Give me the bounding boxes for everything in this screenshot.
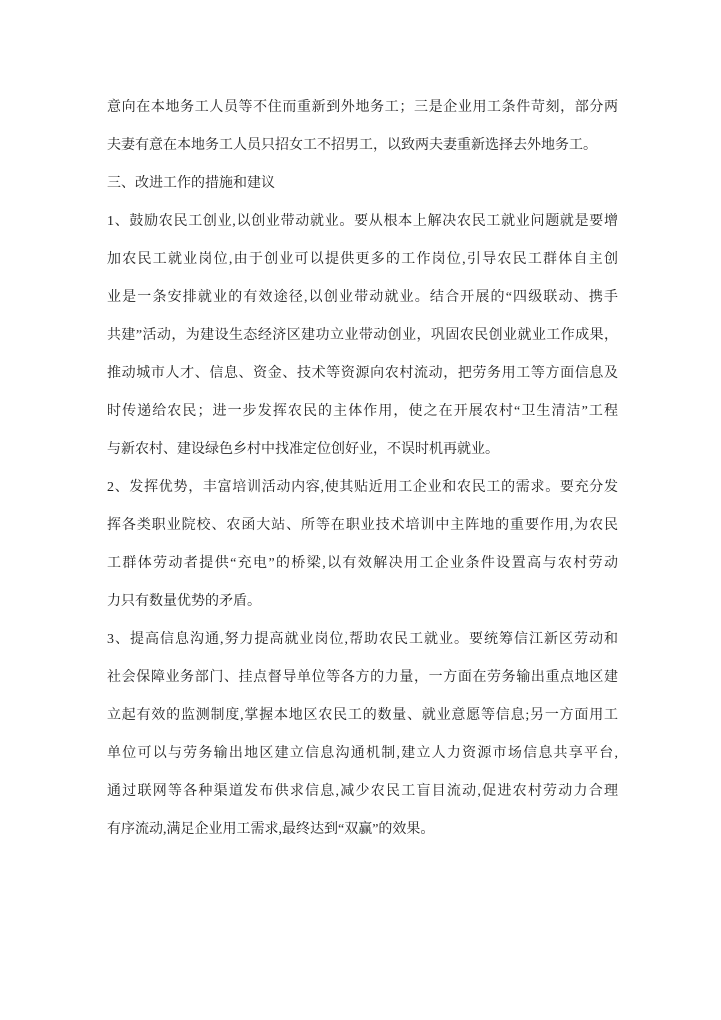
- paragraph-intro-continuation-line-2: 夫妻有意在本地务工人员只招女工不招男工，以致两夫妻重新选择去外地务工。: [107, 127, 618, 165]
- paragraph-item-1-line-6: 时传递给农民；进一步发挥农民的主体作用，使之在开展农村“卫生清洁”工程: [107, 393, 618, 431]
- paragraph-item-1-line-1: 1、鼓励农民工创业,以创业带动就业。要从根本上解决农民工就业问题就是要增: [107, 203, 618, 241]
- paragraph-item-3-line-5: 通过联网等各种渠道发布供求信息,减少农民工盲目流动,促进农村劳动力合理: [107, 773, 618, 811]
- paragraph-item-1-line-4: 共建”活动，为建设生态经济区建功立业带动创业，巩固农民创业就业工作成果，: [107, 317, 618, 355]
- paragraph-item-1-line-2: 加农民工就业岗位,由于创业可以提供更多的工作岗位,引导农民工群体自主创: [107, 241, 618, 279]
- paragraph-item-2-line-1: 2、发挥优势，丰富培训活动内容,使其贴近用工企业和农民工的需求。要充分发: [107, 469, 618, 507]
- document-page: 意向在本地务工人员等不住而重新到外地务工；三是企业用工条件苛刻，部分两夫妻有意在…: [0, 0, 721, 1020]
- paragraph-intro-continuation-line-1: 意向在本地务工人员等不住而重新到外地务工；三是企业用工条件苛刻，部分两: [107, 89, 618, 127]
- paragraph-item-1-line-7: 与新农村、建设绿色乡村中找准定位创好业，不误时机再就业。: [107, 431, 618, 469]
- paragraph-item-1-line-3: 业是一条安排就业的有效途径,以创业带动就业。结合开展的“四级联动、携手: [107, 279, 618, 317]
- paragraph-item-2-line-4: 力只有数量优势的矛盾。: [107, 583, 618, 621]
- paragraph-item-3-line-2: 社会保障业务部门、挂点督导单位等各方的力量，一方面在劳务输出重点地区建: [107, 659, 618, 697]
- paragraph-item-2-line-2: 挥各类职业院校、农函大站、所等在职业技术培训中主阵地的重要作用,为农民: [107, 507, 618, 545]
- paragraph-item-2-line-3: 工群体劳动者提供“充电”的桥梁,以有效解决用工企业条件设置高与农村劳动: [107, 545, 618, 583]
- document-body: 意向在本地务工人员等不住而重新到外地务工；三是企业用工条件苛刻，部分两夫妻有意在…: [107, 89, 618, 849]
- paragraph-item-3-line-4: 单位可以与劳务输出地区建立信息沟通机制,建立人力资源市场信息共享平台,: [107, 735, 618, 773]
- paragraph-item-3-line-1: 3、提高信息沟通,努力提高就业岗位,帮助农民工就业。要统筹信江新区劳动和: [107, 621, 618, 659]
- section-heading-line-1: 三、改进工作的措施和建议: [107, 165, 618, 203]
- paragraph-item-3-line-3: 立起有效的监测制度,掌握本地区农民工的数量、就业意愿等信息;另一方面用工: [107, 697, 618, 735]
- paragraph-item-1-line-5: 推动城市人才、信息、资金、技术等资源向农村流动，把劳务用工等方面信息及: [107, 355, 618, 393]
- paragraph-item-3-line-6: 有序流动,满足企业用工需求,最终达到“双赢”的效果。: [107, 811, 618, 849]
